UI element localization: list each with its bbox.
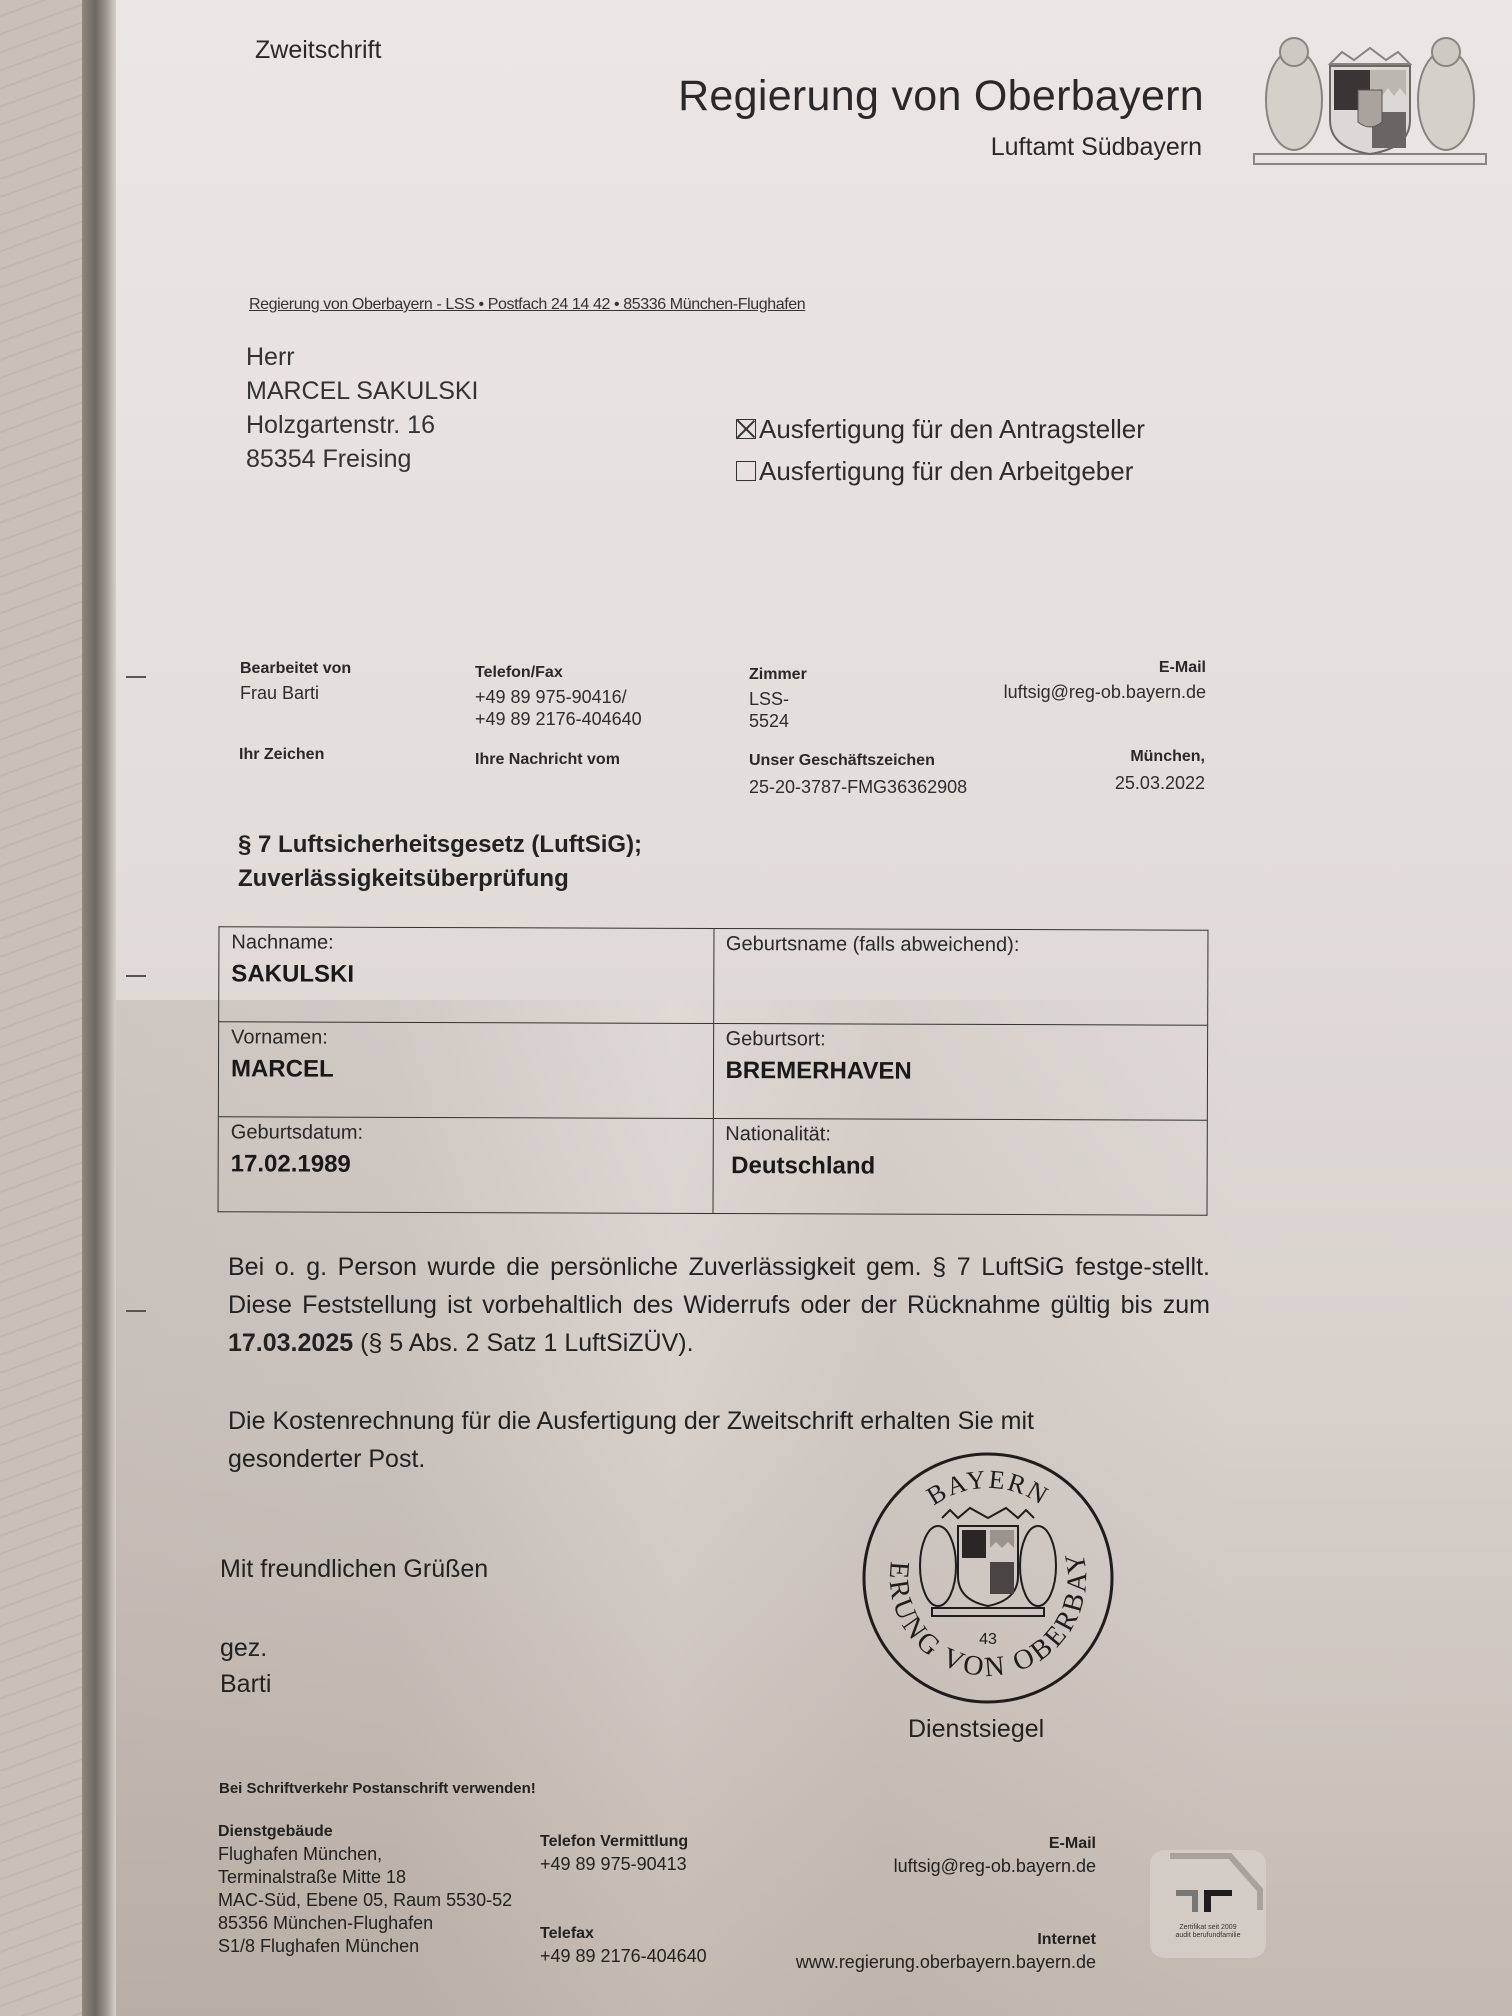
reliability-statement: Bei o. g. Person wurde die persönliche Z… <box>228 1248 1210 1362</box>
our-ref-label: Unser Geschäftszeichen <box>749 752 967 770</box>
processed-by-label: Bearbeitet von <box>240 660 351 678</box>
copy-options: Ausfertigung für den Antragsteller Ausfe… <box>736 408 1145 492</box>
cell-label: Vornamen: <box>231 1026 701 1051</box>
recipient-city: 85354 Freising <box>246 442 478 476</box>
table-cell-birth-name: Geburtsname (falls abweichend): <box>713 929 1208 1026</box>
building-line: S1/8 Flughafen München <box>218 1935 512 1958</box>
footer-note: Bei Schriftverkehr Postanschrift verwend… <box>219 1780 536 1797</box>
internet-label: Internet <box>796 1928 1096 1951</box>
your-message-label: Ihre Nachricht vom <box>475 751 620 769</box>
internet-block: Internet www.regierung.oberbayern.bayern… <box>796 1928 1096 1974</box>
cell-label: Geburtsort: <box>726 1028 1196 1053</box>
signature-block: gez. Barti <box>220 1630 271 1702</box>
place-label: München, <box>1115 748 1205 766</box>
fax-label: Telefax <box>540 1922 707 1945</box>
signed-marker: gez. <box>220 1630 271 1666</box>
table-row: Nachname: SAKULSKI Geburtsname (falls ab… <box>219 927 1208 1025</box>
footer-email-value[interactable]: luftsig@reg-ob.bayern.de <box>894 1855 1096 1878</box>
copy-option-employer[interactable]: Ausfertigung für den Arbeitgeber <box>736 450 1145 492</box>
switchboard-number: +49 89 975-90413 <box>540 1853 688 1876</box>
cell-label: Geburtsdatum: <box>231 1121 701 1146</box>
copy-option-applicant[interactable]: Ausfertigung für den Antragsteller <box>736 408 1145 450</box>
fax-value: +49 89 2176-404640 <box>475 708 642 730</box>
person-data-table: Nachname: SAKULSKI Geburtsname (falls ab… <box>218 926 1209 1215</box>
subject-heading: § 7 Luftsicherheitsgesetz (LuftSiG); Zuv… <box>238 828 642 896</box>
email-block: E-Mail luftsig@reg-ob.bayern.de <box>1004 659 1206 703</box>
phone-fax-label: Telefon/Fax <box>475 664 642 682</box>
audit-logo-icon <box>1150 1850 1266 1920</box>
copy-option-label: Ausfertigung für den Antragsteller <box>759 408 1145 450</box>
footer-email-label: E-Mail <box>894 1832 1096 1855</box>
room-label: Zimmer <box>749 666 807 684</box>
statement-legal-ref: (§ 5 Abs. 2 Satz 1 LuftSiZÜV). <box>353 1329 693 1357</box>
phone-fax-block: Telefon/Fax +49 89 975-90416/ +49 89 217… <box>475 664 642 730</box>
subject-line-1: § 7 Luftsicherheitsgesetz (LuftSiG); <box>238 828 642 862</box>
official-seal-icon: BAYERN REGIERUNG VON OBERBAYERN 43 <box>858 1448 1118 1708</box>
building-line: 85356 München-Flughafen <box>218 1912 512 1935</box>
our-ref-block: Unser Geschäftszeichen 25-20-3787-FMG363… <box>749 752 967 798</box>
fax-block: Telefax +49 89 2176-404640 <box>540 1922 707 1968</box>
cell-value: 17.02.1989 <box>231 1150 701 1180</box>
building-label: Dienstgebäude <box>218 1820 512 1843</box>
svg-text:BAYERN: BAYERN <box>922 1465 1055 1511</box>
closing-greeting: Mit freundlichen Grüßen <box>220 1555 488 1584</box>
cell-label: Geburtsname (falls abweichend): <box>726 933 1196 958</box>
building-line: MAC-Süd, Ebene 05, Raum 5530-52 <box>218 1889 512 1912</box>
recipient-salutation: Herr <box>246 340 478 374</box>
svg-text:43: 43 <box>979 1631 997 1648</box>
place-date-block: München, 25.03.2022 <box>1115 748 1205 794</box>
recipient-address: Herr MARCEL SAKULSKI Holzgartenstr. 16 8… <box>246 340 478 476</box>
cell-label: Nachname: <box>231 931 701 956</box>
our-ref-value: 25-20-3787-FMG36362908 <box>749 776 967 798</box>
room-value-line2: 5524 <box>749 710 807 732</box>
table-cell-nationality: Nationalität: Deutschland <box>713 1118 1208 1215</box>
building-address: Dienstgebäude Flughafen München, Termina… <box>218 1820 512 1958</box>
cell-value <box>726 962 1195 964</box>
signer-name: Barti <box>220 1666 271 1702</box>
recipient-street: Holzgartenstr. 16 <box>246 408 478 442</box>
cert-line-2: audit berufundfamilie <box>1150 1932 1266 1940</box>
table-cell-first-names: Vornamen: MARCEL <box>218 1022 713 1119</box>
your-ref-block: Ihr Zeichen <box>239 746 324 764</box>
processed-by-value: Frau Barti <box>240 682 351 704</box>
binder-edge <box>82 0 116 2016</box>
your-message-block: Ihre Nachricht vom <box>475 751 620 769</box>
cell-value: BREMERHAVEN <box>725 1057 1195 1087</box>
checkbox-checked-icon[interactable] <box>736 419 756 439</box>
internet-link[interactable]: www.regierung.oberbayern.bayern.de <box>796 1951 1096 1974</box>
switchboard-label: Telefon Vermittlung <box>540 1830 688 1853</box>
building-line: Flughafen München, <box>218 1843 512 1866</box>
switchboard-block: Telefon Vermittlung +49 89 975-90413 <box>540 1830 688 1876</box>
table-row: Vornamen: MARCEL Geburtsort: BREMERHAVEN <box>218 1022 1207 1120</box>
fax-number: +49 89 2176-404640 <box>540 1945 707 1968</box>
table-cell-birth-date: Geburtsdatum: 17.02.1989 <box>218 1117 713 1214</box>
statement-text: Bei o. g. Person wurde die persönliche Z… <box>228 1253 1210 1319</box>
email-value[interactable]: luftsig@reg-ob.bayern.de <box>1004 681 1206 703</box>
table-cell-surname: Nachname: SAKULSKI <box>219 927 714 1024</box>
cell-label: Nationalität: <box>725 1123 1195 1148</box>
cell-value: SAKULSKI <box>231 960 701 990</box>
phone-value: +49 89 975-90416/ <box>475 686 642 708</box>
copy-type-label: Zweitschrift <box>255 36 381 65</box>
valid-until-date: 17.03.2025 <box>228 1329 353 1357</box>
your-ref-label: Ihr Zeichen <box>239 746 324 764</box>
authority-title: Regierung von Oberbayern <box>678 72 1204 121</box>
copy-option-label: Ausfertigung für den Arbeitgeber <box>759 450 1133 492</box>
subject-line-2: Zuverlässigkeitsüberprüfung <box>238 862 642 896</box>
cell-value: MARCEL <box>231 1055 701 1085</box>
recipient-name: MARCEL SAKULSKI <box>246 374 478 408</box>
date-value: 25.03.2022 <box>1115 772 1205 794</box>
table-row: Geburtsdatum: 17.02.1989 Nationalität: D… <box>218 1117 1207 1215</box>
building-line: Terminalstraße Mitte 18 <box>218 1866 512 1889</box>
table-cell-birthplace: Geburtsort: BREMERHAVEN <box>713 1024 1208 1121</box>
fold-mark <box>126 975 146 977</box>
cert-line-1: Zertifikat seit 2009 <box>1150 1924 1266 1932</box>
office-subtitle: Luftamt Südbayern <box>991 133 1202 162</box>
fold-mark <box>126 1310 146 1312</box>
checkbox-empty-icon[interactable] <box>736 461 756 481</box>
seal-label: Dienstsiegel <box>908 1715 1044 1744</box>
email-label: E-Mail <box>1004 659 1206 677</box>
processed-by-block: Bearbeitet von Frau Barti <box>240 660 351 704</box>
room-block: Zimmer LSS- 5524 <box>749 666 807 732</box>
coat-of-arms-icon <box>1250 30 1490 170</box>
footer-email-block: E-Mail luftsig@reg-ob.bayern.de <box>894 1832 1096 1878</box>
fold-mark <box>126 676 146 678</box>
certificate-badge: Zertifikat seit 2009 audit berufundfamil… <box>1150 1850 1266 1958</box>
cell-value: Deutschland <box>725 1152 1195 1182</box>
return-address: Regierung von Oberbayern - LSS • Postfac… <box>249 296 805 314</box>
room-value-line1: LSS- <box>749 688 807 710</box>
